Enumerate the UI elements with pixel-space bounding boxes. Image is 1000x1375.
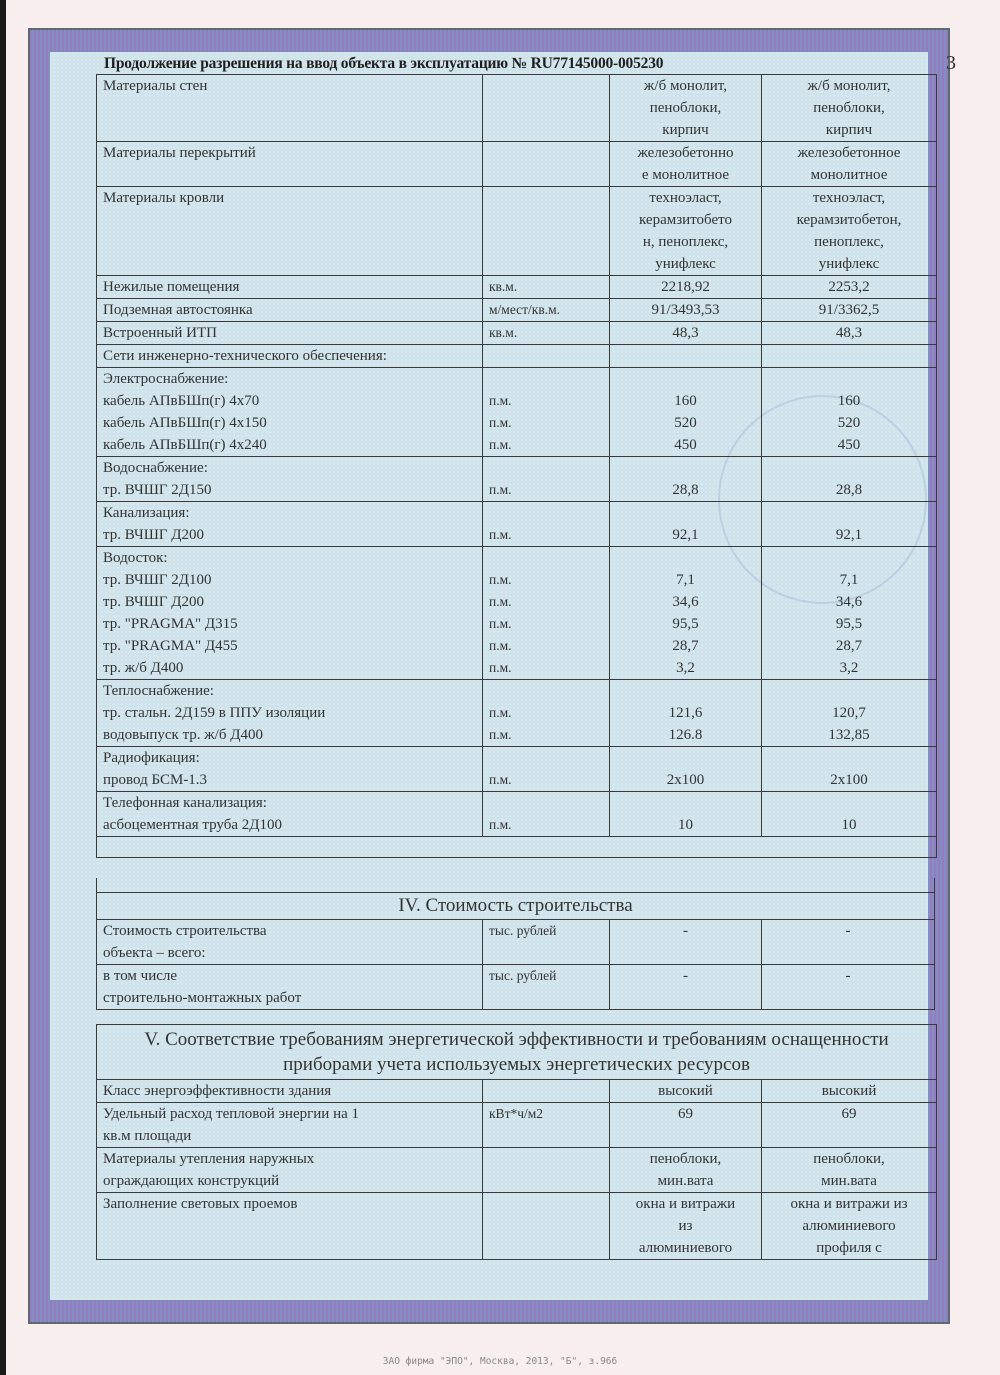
actual-value: железобетонноемонолитное (762, 142, 937, 187)
spacer-row (97, 837, 937, 858)
network-actual-values: 160520450 (762, 368, 937, 457)
network-units: п.м. (483, 792, 610, 837)
row-label: Подземная автостоянка (97, 299, 483, 322)
row-unit: тыс. рублей (483, 920, 610, 965)
network-project-values: 7,134,695,528,73,2 (610, 547, 762, 680)
section-iv-heading: IV. Стоимость строительства (97, 893, 935, 920)
network-project-values: 160520450 (610, 368, 762, 457)
project-value: - (610, 920, 762, 965)
row-unit (483, 345, 610, 368)
network-labels: Радиофикация:провод БСМ-1.3 (97, 747, 483, 792)
table-row: Материалы стенж/б монолит,пеноблоки,кирп… (97, 75, 937, 142)
project-value: - (610, 965, 762, 1010)
row-label: Материалы стен (97, 75, 483, 142)
table-row: Встроенный ИТПкв.м.48,348,3 (97, 322, 937, 345)
network-group-row: Водосток:тр. ВЧШГ 2Д100тр. ВЧШГ Д200тр. … (97, 547, 937, 680)
network-actual-values: 2х100 (762, 747, 937, 792)
row-unit: кВт*ч/м2 (483, 1103, 610, 1148)
network-units: п.м.п.м. (483, 680, 610, 747)
row-label: Стоимость строительстваобъекта – всего: (97, 920, 483, 965)
network-project-values: 121,6126.8 (610, 680, 762, 747)
row-unit: кв.м. (483, 276, 610, 299)
row-label: Заполнение световых проемов (97, 1193, 483, 1260)
network-project-values: 92,1 (610, 502, 762, 547)
row-label: Класс энергоэффективности здания (97, 1080, 483, 1103)
project-value: 91/3493,53 (610, 299, 762, 322)
table-row: Стоимость строительстваобъекта – всего:т… (97, 920, 935, 965)
project-value: 69 (610, 1103, 762, 1148)
network-group-row: Теплоснабжение:тр. стальн. 2Д159 в ППУ и… (97, 680, 937, 747)
network-labels: Канализация:тр. ВЧШГ Д200 (97, 502, 483, 547)
network-labels: Водоснабжение:тр. ВЧШГ 2Д150 (97, 457, 483, 502)
actual-value: 69 (762, 1103, 937, 1148)
row-unit (483, 1080, 610, 1103)
network-labels: Водосток:тр. ВЧШГ 2Д100тр. ВЧШГ Д200тр. … (97, 547, 483, 680)
row-label: в том числестроительно-монтажных работ (97, 965, 483, 1010)
project-value: железобетонное монолитное (610, 142, 762, 187)
table-row: Сети инженерно-технического обеспечения: (97, 345, 937, 368)
energy-efficiency-table: V. Соответствие требованиям энергетическ… (96, 1024, 937, 1260)
network-actual-values: 120,7132,85 (762, 680, 937, 747)
network-actual-values: 7,134,695,528,73,2 (762, 547, 937, 680)
project-value: техноэласт,керамзитобетон, пеноплекс,уни… (610, 187, 762, 276)
network-project-values: 10 (610, 792, 762, 837)
row-label: Материалы перекрытий (97, 142, 483, 187)
actual-value: 91/3362,5 (762, 299, 937, 322)
network-actual-values: 92,1 (762, 502, 937, 547)
document-title: Продолжение разрешения на ввод объекта в… (104, 55, 663, 73)
project-value (610, 345, 762, 368)
actual-value (762, 345, 937, 368)
network-labels: Телефонная канализация:асбоцементная тру… (97, 792, 483, 837)
network-group-row: Радиофикация:провод БСМ-1.3 п.м. 2х100 2… (97, 747, 937, 792)
network-units: п.м. (483, 502, 610, 547)
construction-cost-table: IV. Стоимость строительства Стоимость ст… (96, 878, 935, 1010)
row-label: Встроенный ИТП (97, 322, 483, 345)
row-label: Сети инженерно-технического обеспечения: (97, 345, 483, 368)
printer-imprint: ЗАО фирма "ЭПО", Москва, 2013, "Б", з.96… (0, 1356, 1000, 1367)
network-units: п.м. (483, 747, 610, 792)
project-value: ж/б монолит,пеноблоки,кирпич (610, 75, 762, 142)
network-actual-values: 28,8 (762, 457, 937, 502)
network-group-row: Телефонная канализация:асбоцементная тру… (97, 792, 937, 837)
network-group-row: Канализация:тр. ВЧШГ Д200 п.м. 92,1 92,1 (97, 502, 937, 547)
row-unit (483, 75, 610, 142)
characteristics-table: Материалы стенж/б монолит,пеноблоки,кирп… (96, 74, 937, 858)
network-labels: Теплоснабжение:тр. стальн. 2Д159 в ППУ и… (97, 680, 483, 747)
project-value: окна и витражиизалюминиевого (610, 1193, 762, 1260)
row-unit: кв.м. (483, 322, 610, 345)
actual-value: 48,3 (762, 322, 937, 345)
project-value: пеноблоки,мин.вата (610, 1148, 762, 1193)
network-units: п.м.п.м.п.м. (483, 368, 610, 457)
row-label: Удельный расход тепловой энергии на 1кв.… (97, 1103, 483, 1148)
row-label: Материалы кровли (97, 187, 483, 276)
row-unit (483, 1148, 610, 1193)
row-unit (483, 187, 610, 276)
section-v-heading: V. Соответствие требованиям энергетическ… (97, 1025, 937, 1080)
actual-value: ж/б монолит,пеноблоки,кирпич (762, 75, 937, 142)
row-unit (483, 142, 610, 187)
network-units: п.м. (483, 457, 610, 502)
row-unit: тыс. рублей (483, 965, 610, 1010)
table-row: Материалы кровлитехноэласт,керамзитобето… (97, 187, 937, 276)
row-unit: м/мест/кв.м. (483, 299, 610, 322)
table-row: Нежилые помещениякв.м.2218,922253,2 (97, 276, 937, 299)
table-row: Материалы перекрытийжелезобетонное монол… (97, 142, 937, 187)
spacer-row (97, 878, 935, 893)
actual-value: техноэласт,керамзитобетон,пеноплекс,униф… (762, 187, 937, 276)
network-group-row: Водоснабжение:тр. ВЧШГ 2Д150 п.м. 28,8 2… (97, 457, 937, 502)
table-row: в том числестроительно-монтажных работты… (97, 965, 935, 1010)
network-group-row: Электроснабжение:кабель АПвБШп(г) 4х70ка… (97, 368, 937, 457)
actual-value: - (762, 965, 935, 1010)
actual-value: 2253,2 (762, 276, 937, 299)
network-units: п.м.п.м.п.м.п.м.п.м. (483, 547, 610, 680)
actual-value: - (762, 920, 935, 965)
network-project-values: 28,8 (610, 457, 762, 502)
page-number: 3 (946, 52, 956, 75)
network-actual-values: 10 (762, 792, 937, 837)
actual-value: высокий (762, 1080, 937, 1103)
table-row: Подземная автостоянкам/мест/кв.м.91/3493… (97, 299, 937, 322)
scan-edge (0, 0, 6, 1375)
project-value: 48,3 (610, 322, 762, 345)
actual-value: окна и витражи изалюминиевогопрофиля с (762, 1193, 937, 1260)
project-value: 2218,92 (610, 276, 762, 299)
network-labels: Электроснабжение:кабель АПвБШп(г) 4х70ка… (97, 368, 483, 457)
table-row: Класс энергоэффективности зданиявысокийв… (97, 1080, 937, 1103)
actual-value: пеноблоки,мин.вата (762, 1148, 937, 1193)
network-project-values: 2х100 (610, 747, 762, 792)
table-row: Заполнение световых проемовокна и витраж… (97, 1193, 937, 1260)
row-label: Материалы утепления наружныхограждающих … (97, 1148, 483, 1193)
project-value: высокий (610, 1080, 762, 1103)
row-unit (483, 1193, 610, 1260)
table-row: Удельный расход тепловой энергии на 1кв.… (97, 1103, 937, 1148)
row-label: Нежилые помещения (97, 276, 483, 299)
table-row: Материалы утепления наружныхограждающих … (97, 1148, 937, 1193)
